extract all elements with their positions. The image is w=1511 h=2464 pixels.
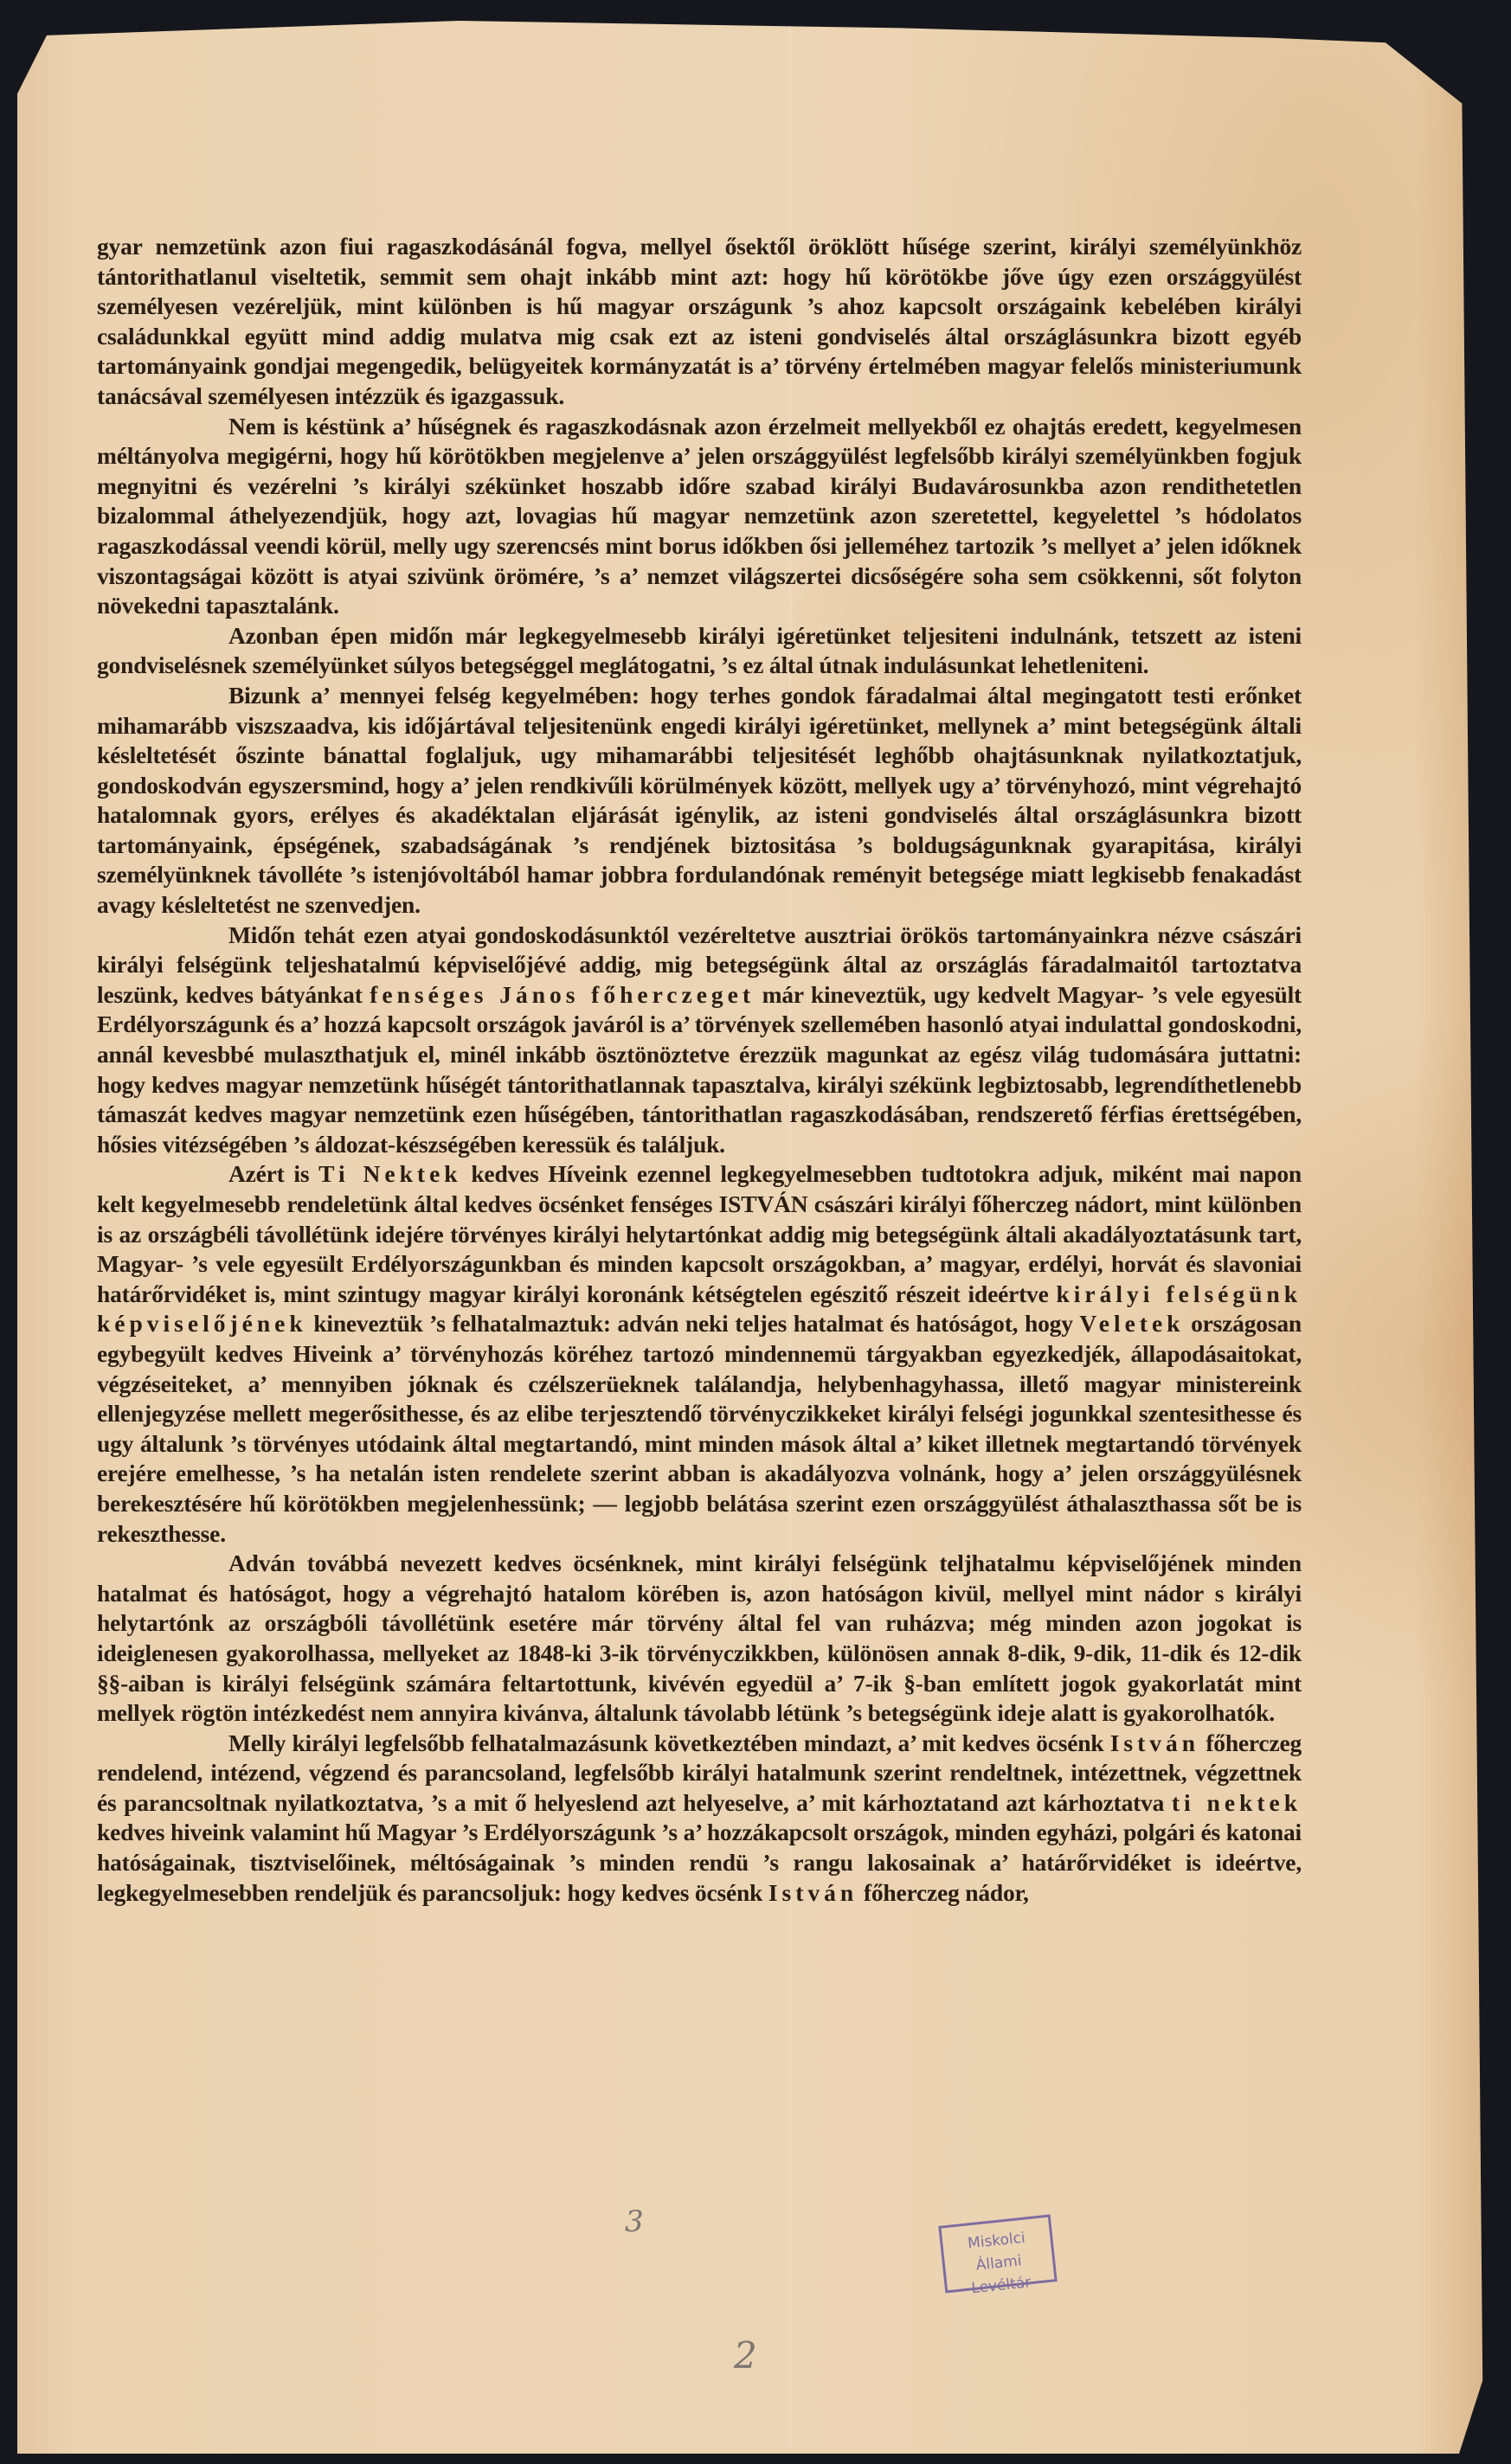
spaced-emphasis: Ti Nektek — [318, 1160, 461, 1187]
spaced-emphasis: fenséges János főherczeget — [370, 981, 755, 1008]
paragraph: Advá​n továbbá nevezett kedves öcsénknek… — [97, 1549, 1302, 1729]
paragraph: Azonban épen midőn már legkegyelmesebb k… — [97, 621, 1302, 681]
text-run: főherczeg nádor, — [858, 1879, 1028, 1906]
text-run: Bizunk a’ mennyei felség kegyelmében: ho… — [97, 682, 1302, 918]
pencil-annotation-3: 3 — [625, 2204, 644, 2239]
spaced-emphasis: Veletek — [1079, 1310, 1184, 1337]
spaced-emphasis: ti nektek — [1172, 1789, 1302, 1816]
text-run: kineveztük ’s felhatalmaztuk: adván neki… — [307, 1310, 1080, 1337]
spaced-emphasis: István — [1110, 1729, 1199, 1756]
paragraph: Bizunk a’ mennyei felség kegyelmében: ho… — [97, 681, 1302, 921]
text-run: Melly királyi legfelsőbb felhatalmazásun… — [228, 1729, 1110, 1756]
spaced-emphasis: István — [768, 1879, 858, 1906]
paragraph: Melly királyi legfelsőbb felhatalmazásun… — [97, 1729, 1302, 1909]
text-run: országosan egybegyült kedves Hiveink a’ … — [97, 1310, 1302, 1546]
document-body: gyar nemzetünk azon fiui ragaszkodásánál… — [97, 232, 1302, 1908]
archive-stamp: Miskolci Állami Levéltár — [938, 2214, 1057, 2293]
text-run: gyar nemzetünk azon fiui ragaszkodásánál… — [97, 233, 1302, 409]
text-run: kedves hiveink valamint hű Magyar ’s Erd… — [97, 1819, 1302, 1905]
paragraph: Azért is Ti Nektek kedves Híveink ezenne… — [97, 1159, 1302, 1549]
text-run: Azért is — [228, 1160, 318, 1187]
text-run: Azonban épen midőn már legkegyelmesebb k… — [97, 622, 1302, 679]
pencil-page-number: 2 — [734, 2334, 757, 2377]
text-run: Nem is késtünk a’ hűségnek és ragaszkodá… — [97, 413, 1302, 619]
paragraph: Nem is késtünk a’ hűségnek és ragaszkodá… — [97, 412, 1302, 621]
paragraph: Midőn tehát ezen atyai gondoskodásunktól… — [97, 921, 1302, 1160]
paragraph: gyar nemzetünk azon fiui ragaszkodásánál… — [97, 232, 1302, 412]
text-run: Advá​n továbbá nevezett kedves öcsénknek… — [97, 1550, 1302, 1726]
